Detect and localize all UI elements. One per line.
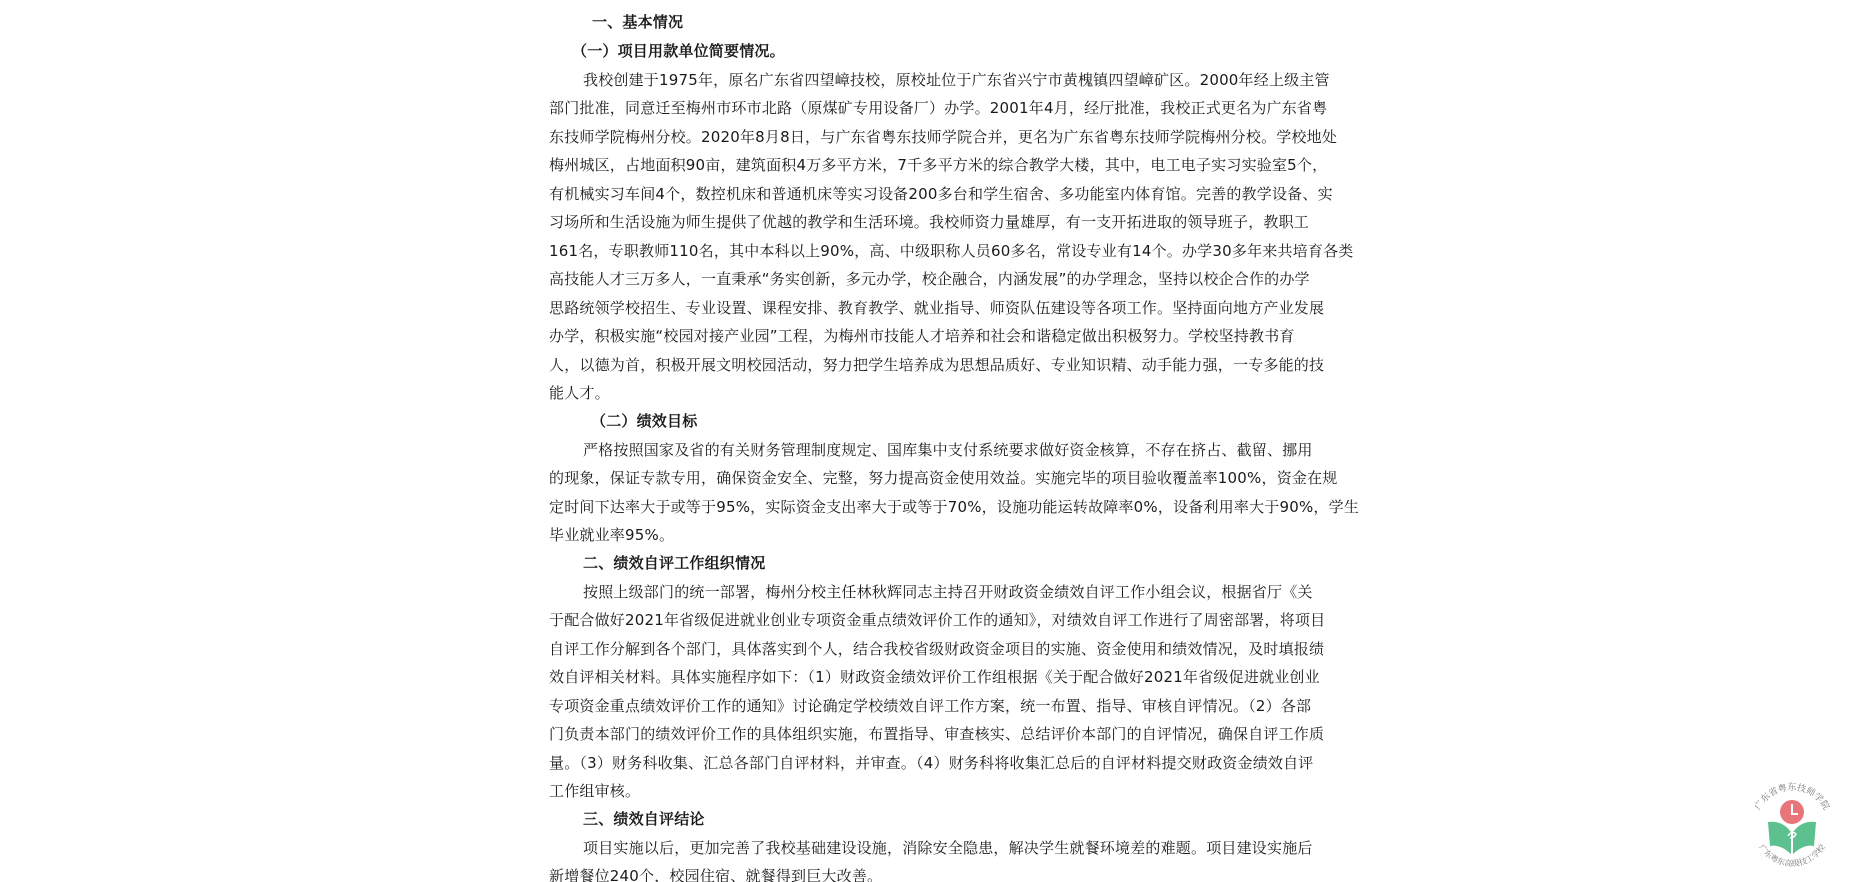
paragraph-line: 的现象，保证专款专用，确保资金安全、完整，努力提高资金使用效益。实施完毕的项目验… xyxy=(549,468,1338,488)
section-1-heading: 一、基本情况 xyxy=(592,12,683,32)
paragraph-line: 高技能人才三万多人，一直秉承“务实创新，多元办学，校企融合，内涵发展”的办学理念… xyxy=(549,269,1310,289)
school-logo-watermark: 广东省粤东技师学院 广东粤东高级技工学校 xyxy=(1742,776,1842,876)
paragraph-line: 161名，专职教师110名，其中本科以上90%，高、中级职称人员60多名，常设专… xyxy=(549,241,1353,261)
paragraph-line: 严格按照国家及省的有关财务管理制度规定、国库集中支付系统要求做好资金核算，不存在… xyxy=(583,440,1313,460)
paragraph-line: 定时间下达率大于或等于95%，实际资金支出率大于或等于70%，设施功能运转故障率… xyxy=(549,497,1359,517)
paragraph-line: 能人才。 xyxy=(549,383,610,403)
school-emblem-icon: 广东省粤东技师学院 广东粤东高级技工学校 xyxy=(1742,776,1842,876)
paragraph-line: 工作组审核。 xyxy=(549,781,640,801)
paragraph-line: 东技师学院梅州分校。2020年8月8日，与广东省粤东技师学院合并，更名为广东省粤… xyxy=(549,127,1337,147)
paragraph-line: 人，以德为首，积极开展文明校园活动，努力把学生培养成为思想品质好、专业知识精、动… xyxy=(549,355,1324,375)
paragraph-line: 门负责本部门的绩效评价工作的具体组织实施，布置指导、审查核实、总结评价本部门的自… xyxy=(549,724,1324,744)
paragraph-line: 效自评相关材料。具体实施程序如下：（1）财政资金绩效评价工作组根据《关于配合做好… xyxy=(549,667,1320,687)
paragraph-line: 毕业就业率95%。 xyxy=(549,525,674,545)
paragraph-line: 量。（3）财务科收集、汇总各部门自评材料，并审查。（4）财务科将收集汇总后的自评… xyxy=(549,753,1314,773)
paragraph-line: 办学，积极实施“校园对接产业园”工程，为梅州市技能人才培养和社会和谐稳定做出积极… xyxy=(549,326,1295,346)
svg-text:广东粤东高级技工学校: 广东粤东高级技工学校 xyxy=(1757,841,1827,868)
paragraph-line: 于配合做好2021年省级促进就业创业专项资金重点绩效评价工作的通知》，对绩效自评… xyxy=(549,610,1325,630)
paragraph-line: 思路统领学校招生、专业设置、课程安排、教育教学、就业指导、师资队伍建设等各项工作… xyxy=(549,298,1324,318)
paragraph-line: 自评工作分解到各个部门，具体落实到个人，结合我校省级财政资金项目的实施、资金使用… xyxy=(549,639,1324,659)
paragraph-line: 有机械实习车间4个，数控机床和普通机床等实习设备200多台和学生宿舍、多功能室内… xyxy=(549,184,1333,204)
paragraph-line: 按照上级部门的统一部署，梅州分校主任林秋辉同志主持召开财政资金绩效自评工作小组会… xyxy=(583,582,1313,602)
section-1-sub-2-heading: （二）绩效目标 xyxy=(591,411,697,431)
paragraph-line: 习场所和生活设施为师生提供了优越的教学和生活环境。我校师资力量雄厚，有一支开拓进… xyxy=(549,212,1309,232)
paragraph-line: 梅州城区，占地面积90亩，建筑面积4万多平方米，7千多平方米的综合教学大楼，其中… xyxy=(549,155,1327,175)
section-3-heading: 三、绩效自评结论 xyxy=(583,809,705,829)
paragraph-line: 我校创建于1975年，原名广东省四望嶂技校，原校址位于广东省兴宁市黄槐镇四望嶂矿… xyxy=(583,70,1330,90)
section-2-heading: 二、绩效自评工作组织情况 xyxy=(583,553,765,573)
paragraph-line: 项目实施以后，更加完善了我校基础建设设施，消除安全隐患，解决学生就餐环境差的难题… xyxy=(583,838,1313,858)
paragraph-line: 新增餐位240个，校园住宿、就餐得到巨大改善。 xyxy=(549,866,882,882)
paragraph-line: 专项资金重点绩效评价工作的通知》讨论确定学校绩效自评工作方案，统一布置、指导、审… xyxy=(549,696,1311,716)
paragraph-line: 部门批准，同意迁至梅州市环市北路（原煤矿专用设备厂）办学。2001年4月，经厅批… xyxy=(549,98,1327,118)
section-1-sub-1-heading: （一）项目用款单位简要情况。 xyxy=(572,41,785,61)
